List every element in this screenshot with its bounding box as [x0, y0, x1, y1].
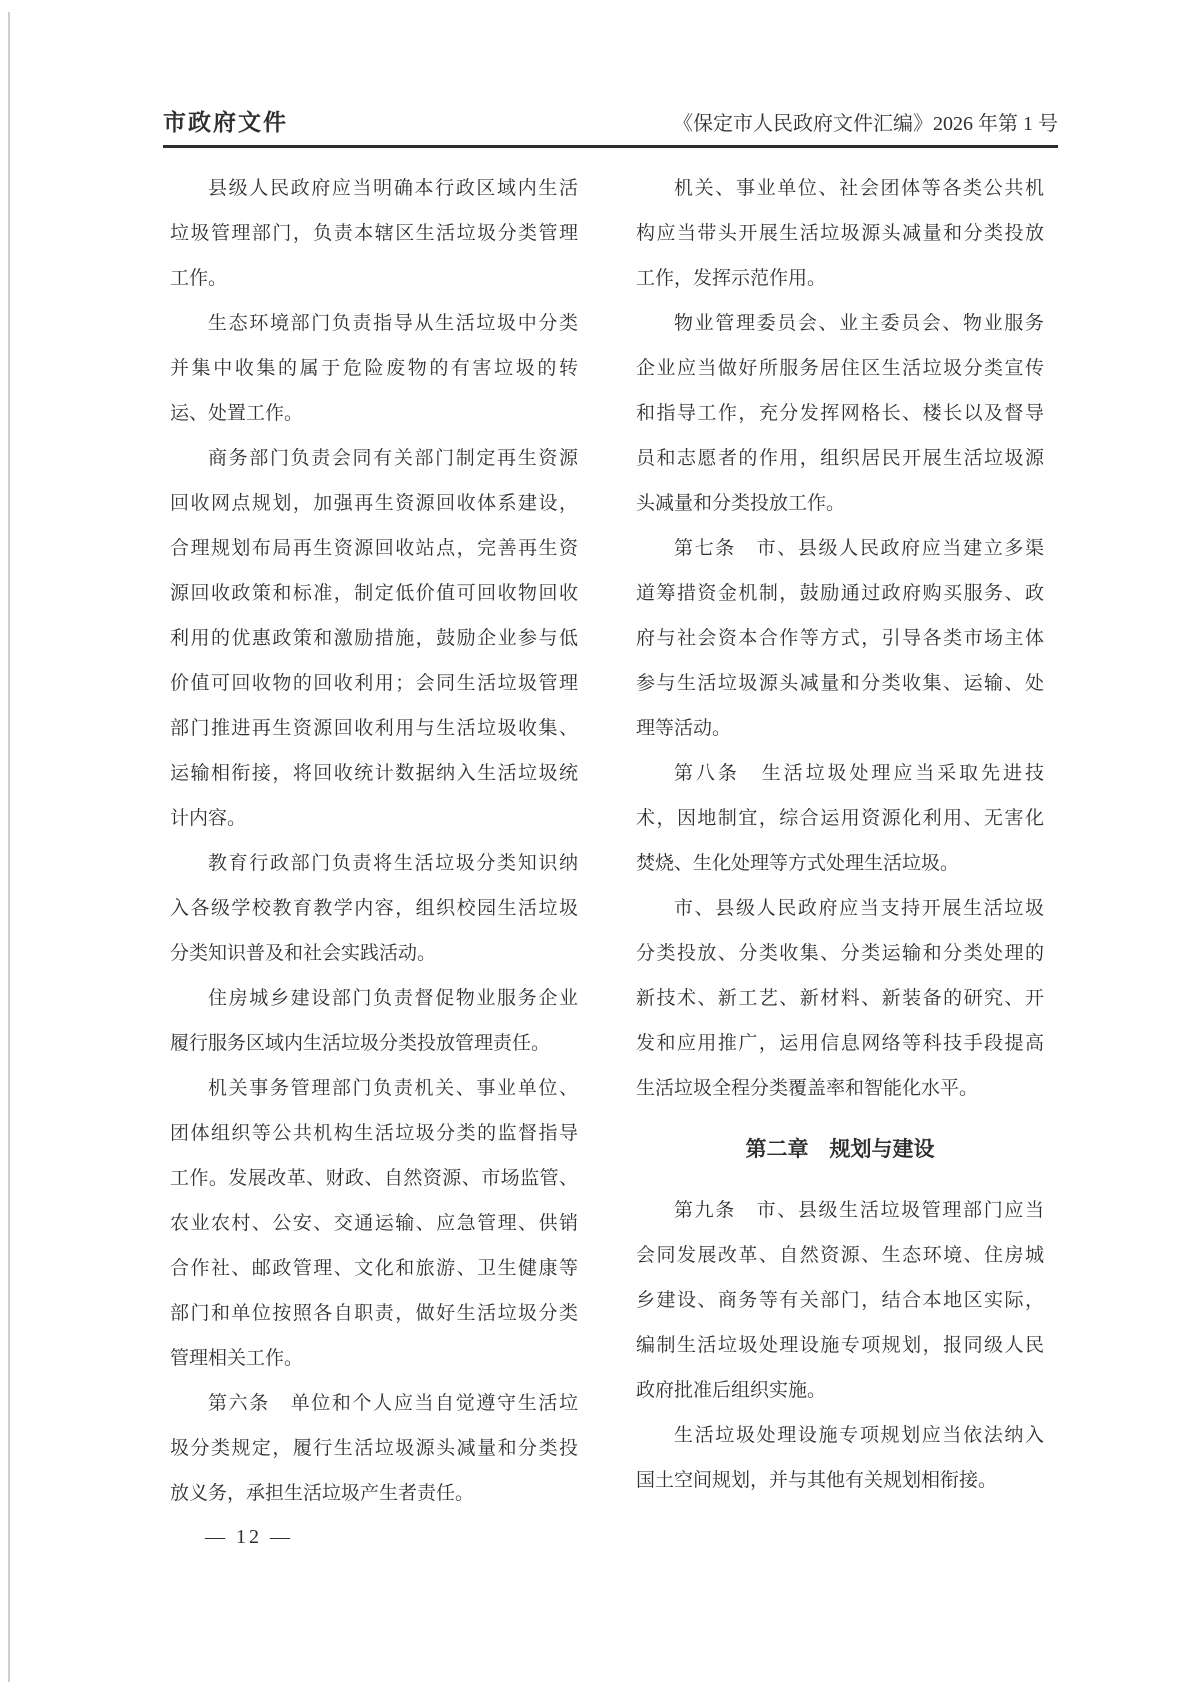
- left-column: 县级人民政府应当明确本行政区域内生活垃圾管理部门，负责本辖区生活垃圾分类管理工作…: [170, 166, 578, 1516]
- header-doc-type: 市政府文件: [163, 104, 288, 137]
- text-line: 生活垃圾处理设施专项规划应当依法纳入: [636, 1413, 1044, 1458]
- text-line: 教育行政部门负责将生活垃圾分类知识纳: [170, 841, 578, 886]
- text-line: 员和志愿者的作用，组织居民开展生活垃圾源: [636, 436, 1044, 481]
- text-line: 生态环境部门负责指导从生活垃圾中分类: [170, 301, 578, 346]
- text-line: 并集中收集的属于危险废物的有害垃圾的转: [170, 346, 578, 391]
- text-line: 价值可回收物的回收利用；会同生活垃圾管理: [170, 661, 578, 706]
- text-line: 工作。发展改革、财政、自然资源、市场监管、: [170, 1156, 578, 1201]
- text-line: 编制生活垃圾处理设施专项规划，报同级人民: [636, 1323, 1044, 1368]
- text-line: 道筹措资金机制，鼓励通过政府购买服务、政: [636, 571, 1044, 616]
- text-line: 放义务，承担生活垃圾产生者责任。: [170, 1471, 578, 1516]
- text-line: 利用的优惠政策和激励措施，鼓励企业参与低: [170, 616, 578, 661]
- text-line: 合作社、邮政管理、文化和旅游、卫生健康等: [170, 1246, 578, 1291]
- text-line: 头减量和分类投放工作。: [636, 481, 1044, 526]
- document-body: 县级人民政府应当明确本行政区域内生活垃圾管理部门，负责本辖区生活垃圾分类管理工作…: [170, 166, 1044, 1516]
- text-line: 生活垃圾全程分类覆盖率和智能化水平。: [636, 1066, 1044, 1111]
- text-line: 分类知识普及和社会实践活动。: [170, 931, 578, 976]
- page-header: 市政府文件 《保定市人民政府文件汇编》2026 年第 1 号: [163, 104, 1058, 148]
- text-line: 参与生活垃圾源头减量和分类收集、运输、处: [636, 661, 1044, 706]
- text-line: 理等活动。: [636, 706, 1044, 751]
- text-line: 管理相关工作。: [170, 1336, 578, 1381]
- text-line: 源回收政策和标准，制定低价值可回收物回收: [170, 571, 578, 616]
- page-number: — 12 —: [205, 1515, 293, 1560]
- text-line: 运输相衔接，将回收统计数据纳入生活垃圾统: [170, 751, 578, 796]
- text-line: 乡建设、商务等有关部门，结合本地区实际，: [636, 1278, 1044, 1323]
- text-line: 市、县级人民政府应当支持开展生活垃圾: [636, 886, 1044, 931]
- text-line: 履行服务区域内生活垃圾分类投放管理责任。: [170, 1021, 578, 1066]
- text-line: 政府批准后组织实施。: [636, 1368, 1044, 1413]
- text-line: 团体组织等公共机构生活垃圾分类的监督指导: [170, 1111, 578, 1156]
- text-line: 圾分类规定，履行生活垃圾源头减量和分类投: [170, 1426, 578, 1471]
- text-line: 运、处置工作。: [170, 391, 578, 436]
- text-line: 会同发展改革、自然资源、生态环境、住房城: [636, 1233, 1044, 1278]
- text-line: 第九条 市、县级生活垃圾管理部门应当: [636, 1188, 1044, 1233]
- text-line: 县级人民政府应当明确本行政区域内生活: [170, 166, 578, 211]
- text-line: 和指导工作，充分发挥网格长、楼长以及督导: [636, 391, 1044, 436]
- header-compilation-title: 《保定市人民政府文件汇编》2026 年第 1 号: [673, 107, 1058, 136]
- text-line: 机关事务管理部门负责机关、事业单位、: [170, 1066, 578, 1111]
- text-line: 发和应用推广，运用信息网络等科技手段提高: [636, 1021, 1044, 1066]
- text-line: 垃圾管理部门，负责本辖区生活垃圾分类管理: [170, 211, 578, 256]
- text-line: 府与社会资本合作等方式，引导各类市场主体: [636, 616, 1044, 661]
- text-line: 焚烧、生化处理等方式处理生活垃圾。: [636, 841, 1044, 886]
- document-page: 市政府文件 《保定市人民政府文件汇编》2026 年第 1 号 县级人民政府应当明…: [0, 0, 1190, 1682]
- text-line: 工作，发挥示范作用。: [636, 256, 1044, 301]
- text-line: 国土空间规划，并与其他有关规划相衔接。: [636, 1458, 1044, 1503]
- text-line: 回收网点规划，加强再生资源回收体系建设，: [170, 481, 578, 526]
- text-line: 物业管理委员会、业主委员会、物业服务: [636, 301, 1044, 346]
- text-line: 企业应当做好所服务居住区生活垃圾分类宣传: [636, 346, 1044, 391]
- chapter-heading: 第二章 规划与建设: [636, 1127, 1044, 1172]
- text-line: 部门推进再生资源回收利用与生活垃圾收集、: [170, 706, 578, 751]
- scan-edge-artifact: [8, 12, 10, 1682]
- text-line: 构应当带头开展生活垃圾源头减量和分类投放: [636, 211, 1044, 256]
- text-line: 机关、事业单位、社会团体等各类公共机: [636, 166, 1044, 211]
- text-line: 术，因地制宜，综合运用资源化利用、无害化: [636, 796, 1044, 841]
- text-line: 入各级学校教育教学内容，组织校园生活垃圾: [170, 886, 578, 931]
- text-line: 新技术、新工艺、新材料、新装备的研究、开: [636, 976, 1044, 1021]
- text-line: 分类投放、分类收集、分类运输和分类处理的: [636, 931, 1044, 976]
- text-line: 第七条 市、县级人民政府应当建立多渠: [636, 526, 1044, 571]
- text-line: 工作。: [170, 256, 578, 301]
- text-line: 商务部门负责会同有关部门制定再生资源: [170, 436, 578, 481]
- text-line: 部门和单位按照各自职责，做好生活垃圾分类: [170, 1291, 578, 1336]
- text-line: 计内容。: [170, 796, 578, 841]
- text-line: 合理规划布局再生资源回收站点，完善再生资: [170, 526, 578, 571]
- text-line: 农业农村、公安、交通运输、应急管理、供销: [170, 1201, 578, 1246]
- text-line: 住房城乡建设部门负责督促物业服务企业: [170, 976, 578, 1021]
- text-line: 第六条 单位和个人应当自觉遵守生活垃: [170, 1381, 578, 1426]
- text-line: 第八条 生活垃圾处理应当采取先进技: [636, 751, 1044, 796]
- right-column: 机关、事业单位、社会团体等各类公共机构应当带头开展生活垃圾源头减量和分类投放工作…: [636, 166, 1044, 1516]
